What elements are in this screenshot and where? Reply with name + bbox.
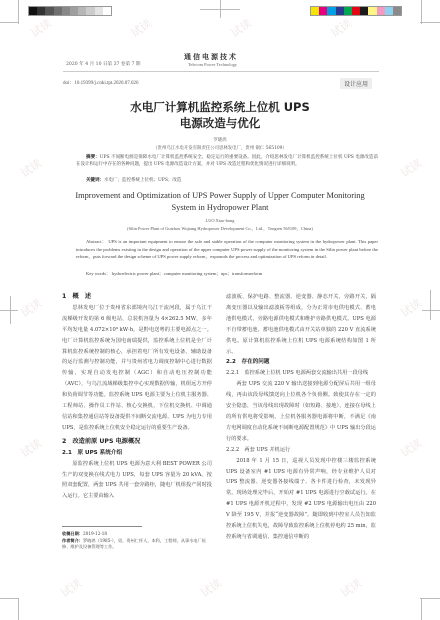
color-swatch <box>29 7 37 15</box>
continued-paragraph: 滤波板、保护电路、整流器、逆变器、静态开关、旁路开关、隔离变压器以及输出滤波板等… <box>226 292 376 357</box>
right-column: 滤波板、保护电路、整流器、逆变器、静态开关、旁路开关、隔离变压器以及输出滤波板等… <box>226 292 376 543</box>
keywords-en-text: hydroelectric power plant；computer monit… <box>112 271 263 276</box>
abstract-cn-text: UPS 不间断电源是保障水电厂计算机监控系统安全、稳定运行的重要设备。因此，介绍… <box>76 155 378 167</box>
watermark: 试读 <box>397 435 424 461</box>
color-swatch <box>319 7 327 15</box>
title-cn-line-2: 电源改造与优化 <box>0 115 440 131</box>
abstract-en: Abstract： UPS is an important equipment … <box>76 238 378 261</box>
crop-mark <box>421 0 422 24</box>
crop-mark <box>0 22 18 23</box>
title-en-line-2: System in Hydropower Plant <box>0 202 440 214</box>
color-swatch <box>86 7 94 15</box>
author-bio: 罗晓鸿（1985-），男，贵州仁怀人，本科，工程师，从事水电厂检修、维护及设备管… <box>62 538 206 550</box>
registration-mark <box>422 310 440 311</box>
watermark: 试读 <box>337 575 364 601</box>
color-swatch <box>393 7 401 15</box>
section-2-1-paragraph: 原监控系统上位机 UPS 电源为意大利 BEST POWER 公司生产的双变换在… <box>62 459 212 503</box>
color-swatch <box>327 7 335 15</box>
watermark: 试读 <box>17 295 44 321</box>
section-2-2-2-paragraph: 2018 年 1 月 15 日，巡视人员发现中控楼三楼监控系统 UPS 设备室内… <box>226 456 376 543</box>
author-en: LUO Xiao-hong <box>0 218 440 223</box>
color-swatch <box>377 7 385 15</box>
abstract-en-label: Abstract： <box>86 239 107 244</box>
crop-mark <box>421 598 422 620</box>
author-cn: 罗晓鸿 <box>0 137 440 143</box>
crop-mark <box>18 598 19 620</box>
color-swatch <box>54 7 62 15</box>
color-swatch <box>311 7 319 15</box>
keywords-cn-label: 关键词： <box>86 178 104 183</box>
issue-info: 2020 年 4 月 10 日第 37 卷第 7 期 <box>66 61 141 67</box>
color-swatch <box>344 7 352 15</box>
watermark: 试读 <box>27 15 54 41</box>
watermark: 试读 <box>17 155 44 181</box>
keywords-en: Key words： hydroelectric power plant；com… <box>76 270 378 278</box>
registration-mark <box>220 0 221 18</box>
section-2-2-1-heading: 2.2.1 监控系统上位机 UPS 电源两套交流输出共用一段母线 <box>226 368 376 379</box>
registration-mark <box>0 310 18 311</box>
watermark: 试读 <box>397 295 424 321</box>
watermark: 试读 <box>197 575 224 601</box>
title-cn-line-1: 水电厂计算机监控系统上位机 UPS <box>0 99 440 115</box>
keywords-cn: 关键词：水电厂；监控系统上位机；UPS；改造 <box>76 177 378 184</box>
section-2-heading: 2 改造前原 UPS 电源概况 <box>62 437 212 448</box>
color-swatch <box>70 7 78 15</box>
color-swatch <box>37 7 45 15</box>
registration-mark <box>10 296 11 324</box>
watermark: 试读 <box>127 15 154 41</box>
color-swatch <box>45 7 53 15</box>
section-1-paragraph: 思林发电厂位于贵州省东部境内乌江干流河段，属于乌江干流梯级开发的第 6 级电站，… <box>62 303 212 434</box>
color-swatch <box>62 7 70 15</box>
color-swatch <box>103 7 111 15</box>
registration-mark <box>430 290 431 320</box>
title-en-line-1: Improvement and Optimization of UPS Powe… <box>0 190 440 202</box>
watermark: 试读 <box>327 15 354 41</box>
doi[interactable]: doi：10.19399/j.cnki.tpt.2020.07.026 <box>63 79 139 86</box>
affiliation-en: (Silin Power Plant of Guizhou Wujiang Hy… <box>0 226 440 232</box>
affiliation-cn: （贵州乌江水电开发有限责任公司思林发电厂，贵州 铜仁 565109） <box>0 145 440 151</box>
header-rule <box>63 71 379 72</box>
crop-mark <box>420 598 440 599</box>
color-swatch <box>360 7 368 15</box>
abstract-cn: 摘要：UPS 不间断电源是保障水电厂计算机监控系统安全、稳定运行的重要设备。因此… <box>76 154 378 168</box>
color-swatch <box>95 7 103 15</box>
crop-mark <box>18 0 19 24</box>
left-column: 1 概 述 思林发电厂位于贵州省东部境内乌江干流河段，属于乌江干流梯级开发的第 … <box>62 292 212 502</box>
footnote: 收稿日期：2019-12-18 作者简介：罗晓鸿（1985-），男，贵州仁怀人，… <box>62 531 214 551</box>
color-calibration-bar <box>310 6 402 16</box>
color-swatch <box>78 7 86 15</box>
author-bio-label: 作者简介： <box>62 538 83 543</box>
crop-mark <box>0 598 18 599</box>
keywords-cn-text: 水电厂；监控系统上位机；UPS；改造 <box>104 178 181 183</box>
abstract-en-text: UPS is an important equipment to ensure … <box>76 239 378 259</box>
watermark: 试读 <box>227 15 254 41</box>
received-label: 收稿日期： <box>62 531 83 536</box>
crop-mark <box>420 22 440 23</box>
keywords-en-label: Key words： <box>86 271 111 276</box>
section-1-heading: 1 概 述 <box>62 292 212 303</box>
color-swatch <box>336 7 344 15</box>
section-tag: 设计应用 <box>340 78 372 89</box>
grayscale-calibration-bar <box>28 6 112 16</box>
section-2-2-1-paragraph: 两套 UPS 交流 220 V 输出送接到电源分配屏后共用一组母线，再由该段母线… <box>226 379 376 444</box>
journal-name-en: Telecom Power Technology <box>188 62 237 67</box>
section-2-1-heading: 2.1 原 UPS 系统介绍 <box>62 448 212 459</box>
watermark: 试读 <box>17 435 44 461</box>
color-swatch <box>352 7 360 15</box>
color-swatch <box>385 7 393 15</box>
watermark: 试读 <box>57 575 84 601</box>
section-2-2-heading: 2.2 存在的问题 <box>226 357 376 368</box>
watermark: 试读 <box>397 155 424 181</box>
footnote-rule <box>62 526 142 527</box>
journal-logo: 通信电源技术 <box>184 52 238 62</box>
section-2-2-2-heading: 2.2.2 两套 UPS 并机运行 <box>226 445 376 456</box>
color-swatch <box>368 7 376 15</box>
abstract-cn-label: 摘要： <box>86 155 100 160</box>
received-date: 2019-12-18 <box>83 531 107 536</box>
